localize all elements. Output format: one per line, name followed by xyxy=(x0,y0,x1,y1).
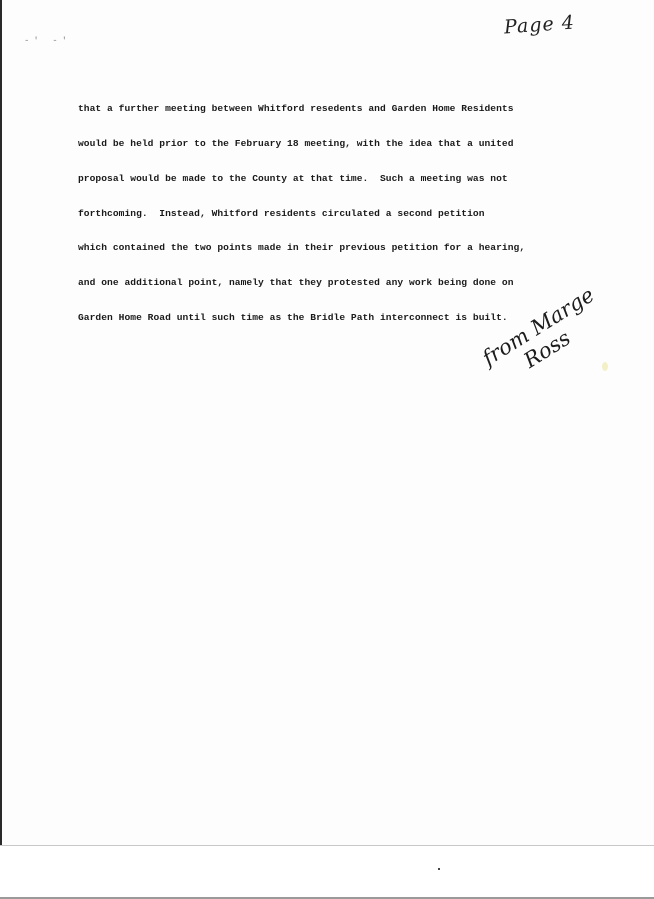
scan-bottom-band xyxy=(0,845,654,899)
dust-speck xyxy=(438,868,440,870)
paragraph-line: proposal would be made to the County at … xyxy=(78,173,638,185)
stray-marks: -' -' xyxy=(24,36,71,46)
paragraph-line: would be held prior to the February 18 m… xyxy=(78,138,638,150)
scan-edge xyxy=(0,0,2,899)
paper-stain xyxy=(602,362,608,371)
paragraph-line: and one additional point, namely that th… xyxy=(78,277,638,289)
paragraph-line: that a further meeting between Whitford … xyxy=(78,103,638,115)
paragraph-line: forthcoming. Instead, Whitford residents… xyxy=(78,208,638,220)
handwritten-page-number: Page 4 xyxy=(503,12,575,39)
paragraph-line: which contained the two points made in t… xyxy=(78,242,638,254)
document-page: -' -' Page 4 that a further meeting betw… xyxy=(0,0,654,899)
